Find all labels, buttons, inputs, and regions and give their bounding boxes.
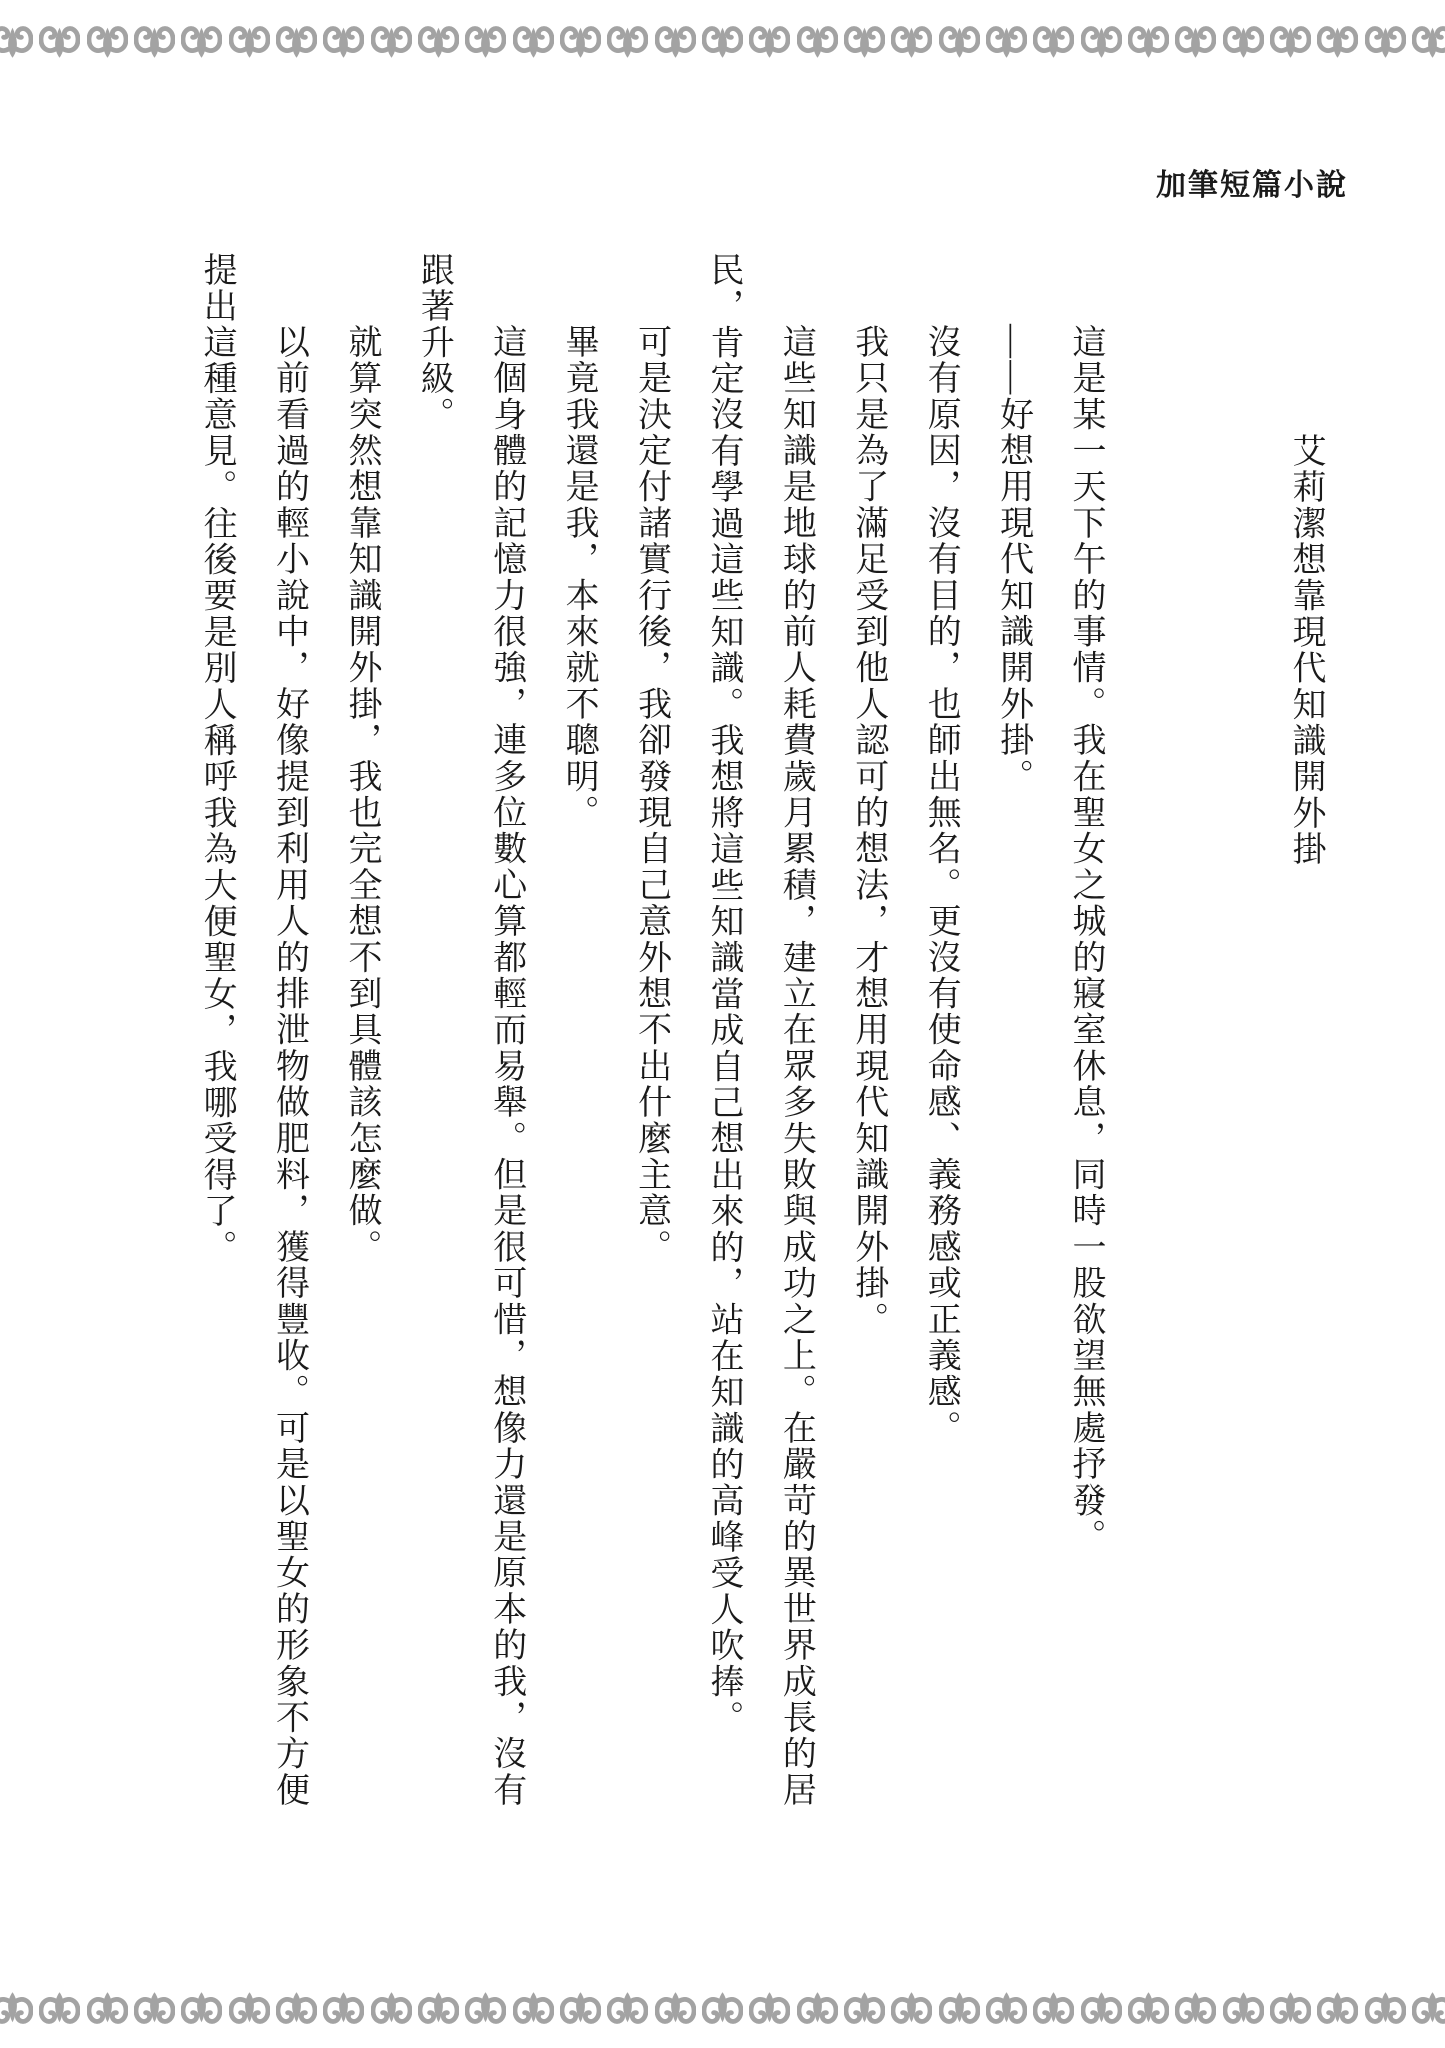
fleur-de-lis-icon xyxy=(1317,14,1358,66)
fleur-de-lis-icon xyxy=(986,14,1027,66)
fleur-de-lis-icon xyxy=(1128,14,1169,66)
fleur-de-lis-icon xyxy=(797,1984,838,2036)
fleur-de-lis-icon xyxy=(229,14,270,66)
story-paragraph: 這個身體的記憶力很強，連多位數心算都輕而易舉。但是很可惜，想像力還是原本的我，沒… xyxy=(397,252,542,1816)
fleur-de-lis-icon xyxy=(1412,14,1445,66)
fleur-de-lis-icon xyxy=(607,1984,648,2036)
fleur-de-lis-icon xyxy=(1270,1984,1311,2036)
fleur-de-lis-icon xyxy=(1223,14,1264,66)
fleur-de-lis-icon xyxy=(134,1984,175,2036)
fleur-de-lis-icon xyxy=(418,14,459,66)
fleur-de-lis-icon xyxy=(1175,14,1216,66)
fleur-de-lis-icon xyxy=(1223,1984,1264,2036)
fleur-de-lis-icon xyxy=(39,14,80,66)
story-paragraph: 就算突然想靠知識開外掛，我也完全想不到具體該怎麼做。 xyxy=(325,252,397,1816)
fleur-de-lis-icon xyxy=(749,1984,790,2036)
fleur-de-lis-icon xyxy=(87,1984,128,2036)
page-header-label: 加筆短篇小說 xyxy=(1156,160,1348,204)
ornament-border-bottom xyxy=(0,1984,1445,2036)
fleur-de-lis-icon xyxy=(0,14,33,66)
fleur-de-lis-icon xyxy=(702,14,743,66)
fleur-de-lis-icon xyxy=(655,14,696,66)
fleur-de-lis-icon xyxy=(0,1984,33,2036)
story-paragraph: 沒有原因，沒有目的，也師出無名。更沒有使命感、義務感或正義感。 xyxy=(904,252,976,1816)
fleur-de-lis-icon xyxy=(797,14,838,66)
fleur-de-lis-icon xyxy=(939,1984,980,2036)
fleur-de-lis-icon xyxy=(1412,1984,1445,2036)
fleur-de-lis-icon xyxy=(418,1984,459,2036)
fleur-de-lis-icon xyxy=(607,14,648,66)
story-body: 這是某一天下午的事情。我在聖女之城的寢室休息，同時一股欲望無處抒發。 ——好想用… xyxy=(163,252,1121,1816)
story-paragraph: 畢竟我還是我，本來就不聰明。 xyxy=(542,252,614,1816)
fleur-de-lis-icon xyxy=(1033,14,1074,66)
fleur-de-lis-icon xyxy=(560,1984,601,2036)
story-paragraph: 我只是為了滿足受到他人認可的想法，才想用現代知識開外掛。 xyxy=(831,252,903,1816)
fleur-de-lis-icon xyxy=(844,14,885,66)
fleur-de-lis-icon xyxy=(371,1984,412,2036)
fleur-de-lis-icon xyxy=(560,14,601,66)
fleur-de-lis-icon xyxy=(323,14,364,66)
story-paragraph: ——好想用現代知識開外掛。 xyxy=(976,252,1048,1816)
fleur-de-lis-icon xyxy=(891,14,932,66)
fleur-de-lis-icon xyxy=(181,1984,222,2036)
story-paragraph: 可是決定付諸實行後，我卻發現自己意外想不出什麼主意。 xyxy=(614,252,686,1816)
fleur-de-lis-icon xyxy=(513,14,554,66)
fleur-de-lis-icon xyxy=(465,14,506,66)
fleur-de-lis-icon xyxy=(276,14,317,66)
fleur-de-lis-icon xyxy=(1317,1984,1358,2036)
fleur-de-lis-icon xyxy=(702,1984,743,2036)
fleur-de-lis-icon xyxy=(513,1984,554,2036)
fleur-de-lis-icon xyxy=(1081,14,1122,66)
fleur-de-lis-icon xyxy=(323,1984,364,2036)
fleur-de-lis-icon xyxy=(371,14,412,66)
fleur-de-lis-icon xyxy=(39,1984,80,2036)
fleur-de-lis-icon xyxy=(749,14,790,66)
fleur-de-lis-icon xyxy=(891,1984,932,2036)
fleur-de-lis-icon xyxy=(844,1984,885,2036)
fleur-de-lis-icon xyxy=(134,14,175,66)
fleur-de-lis-icon xyxy=(939,14,980,66)
fleur-de-lis-icon xyxy=(1365,1984,1406,2036)
story-paragraph: 這些知識是地球的前人耗費歲月累積，建立在眾多失敗與成功之上。在嚴苛的異世界成長的… xyxy=(687,252,832,1816)
fleur-de-lis-icon xyxy=(1175,1984,1216,2036)
fleur-de-lis-icon xyxy=(1365,14,1406,66)
fleur-de-lis-icon xyxy=(655,1984,696,2036)
fleur-de-lis-icon xyxy=(229,1984,270,2036)
book-page: 加筆短篇小說 艾莉潔想靠現代知識開外掛 這是某一天下午的事情。我在聖女之城的寢室… xyxy=(0,0,1445,2048)
fleur-de-lis-icon xyxy=(1081,1984,1122,2036)
ornament-border-top xyxy=(0,14,1445,66)
story-title: 艾莉潔想靠現代知識開外掛 xyxy=(1281,433,1330,867)
fleur-de-lis-icon xyxy=(986,1984,1027,2036)
fleur-de-lis-icon xyxy=(87,14,128,66)
fleur-de-lis-icon xyxy=(276,1984,317,2036)
fleur-de-lis-icon xyxy=(465,1984,506,2036)
fleur-de-lis-icon xyxy=(1033,1984,1074,2036)
fleur-de-lis-icon xyxy=(181,14,222,66)
fleur-de-lis-icon xyxy=(1270,14,1311,66)
story-paragraph: 以前看過的輕小說中，好像提到利用人的排泄物做肥料，獲得豐收。可是以聖女的形象不方… xyxy=(180,252,325,1816)
story-paragraph: 這是某一天下午的事情。我在聖女之城的寢室休息，同時一股欲望無處抒發。 xyxy=(1049,252,1121,1816)
fleur-de-lis-icon xyxy=(1128,1984,1169,2036)
